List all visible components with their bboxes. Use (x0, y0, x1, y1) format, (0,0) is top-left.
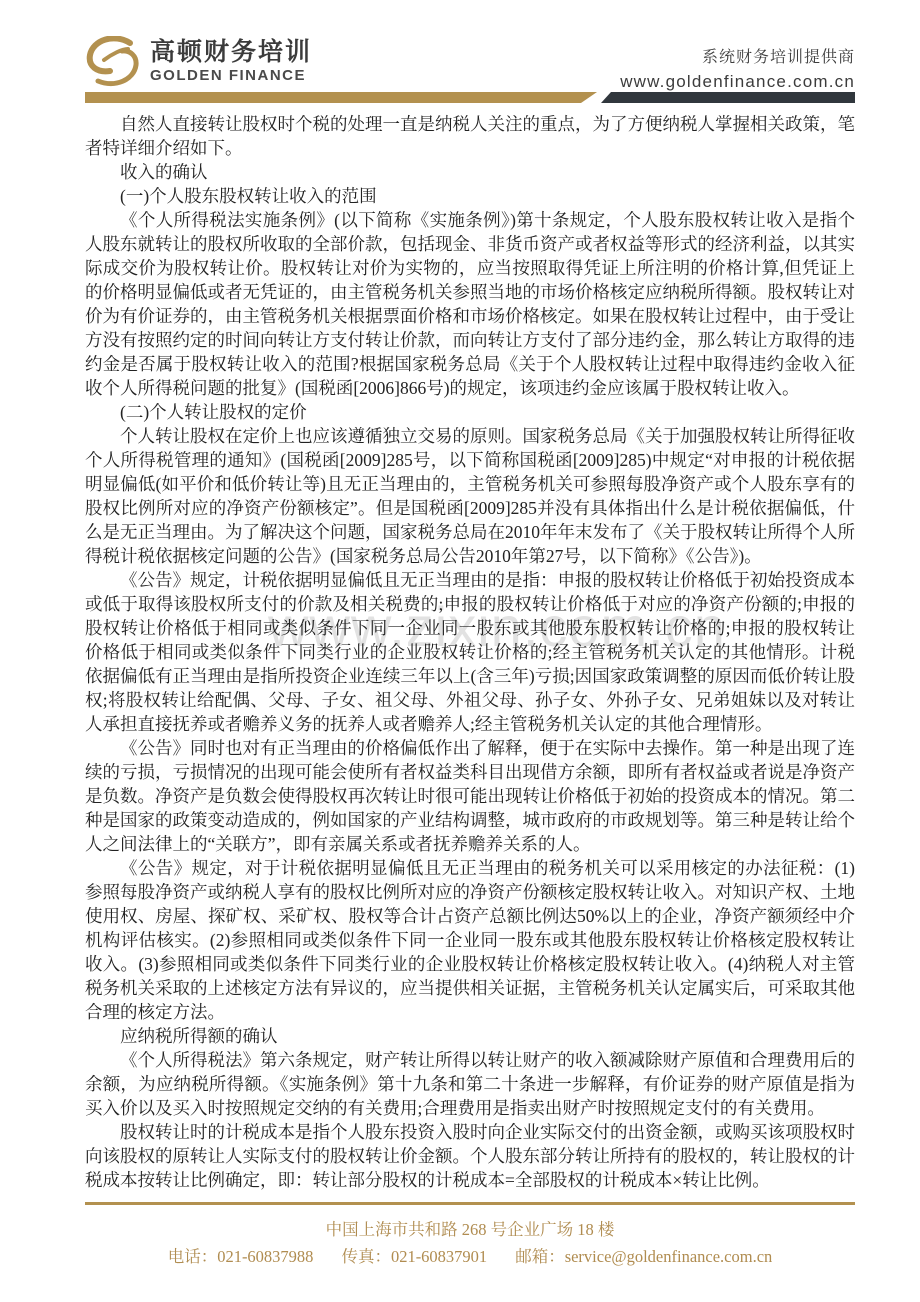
fax-label: 传真： (341, 1247, 391, 1266)
phone-label: 电话： (168, 1247, 218, 1266)
paragraph-pricing: 个人转让股权在定价上也应该遵循独立交易的原则。国家税务总局《关于加强股权转让所得… (85, 424, 855, 568)
brand-name-english: GOLDEN FINANCE (150, 67, 312, 85)
footer-divider (85, 1202, 855, 1205)
golden-swirl-logo-icon (84, 36, 144, 88)
phone-number: 021-60837988 (217, 1247, 313, 1266)
footer-address: 中国上海市共和路 268 号企业广场 18 楼 (85, 1216, 855, 1240)
document-body: 自然人直接转让股权时个税的处理一直是纳税人关注的重点，为了方便纳税人掌握相关政策… (85, 112, 855, 1194)
header-bar-gold (85, 92, 597, 103)
intro-paragraph: 自然人直接转让股权时个税的处理一直是纳税人关注的重点，为了方便纳税人掌握相关政策… (85, 112, 855, 160)
fax-number: 021-60837901 (391, 1247, 487, 1266)
footer-contact: 电话：021-60837988传真：021-60837901邮箱：service… (85, 1243, 855, 1267)
brand-text: 高顿财务培训 GOLDEN FINANCE (150, 39, 312, 85)
section-heading-taxable: 应纳税所得额的确认 (85, 1024, 855, 1048)
paragraph-assessment: 《公告》规定，对于计税依据明显偏低且无正当理由的税务机关可以采用核定的办法征税：… (85, 856, 855, 1024)
paragraph-income-scope: 《个人所得税法实施条例》(以下简称《实施条例》)第十条规定，个人股东股权转让收入… (85, 208, 855, 400)
brand-logo: 高顿财务培训 GOLDEN FINANCE (84, 36, 312, 88)
document-page: 高顿财务培训 GOLDEN FINANCE 系统财务培训提供商 www.gold… (0, 0, 920, 1302)
section-heading-income: 收入的确认 (85, 160, 855, 184)
paragraph-taxable-amount: 《个人所得税法》第六条规定，财产转让所得以转让财产的收入额减除财产原值和合理费用… (85, 1048, 855, 1120)
paragraph-tax-cost: 股权转让时的计税成本是指个人股东投资入股时向企业实际交付的出资金额，或购买该项股… (85, 1120, 855, 1192)
header-website: www.goldenfinance.com.cn (620, 72, 855, 92)
paragraph-low-price-rules: 《公告》规定，计税依据明显偏低且无正当理由的是指：申报的股权转让价格低于初始投资… (85, 568, 855, 736)
subheading-income-scope: (一)个人股东股权转让收入的范围 (85, 184, 855, 208)
brand-name-chinese: 高顿财务培训 (150, 39, 312, 67)
email-address: service@goldenfinance.com.cn (565, 1247, 773, 1266)
subheading-pricing: (二)个人转让股权的定价 (85, 400, 855, 424)
paragraph-justified-low: 《公告》同时也对有正当理由的价格偏低作出了解释，便于在实际中去操作。第一种是出现… (85, 736, 855, 856)
header-tagline: 系统财务培训提供商 (620, 44, 855, 67)
header-right: 系统财务培训提供商 www.goldenfinance.com.cn (620, 44, 855, 92)
email-label: 邮箱： (515, 1247, 565, 1266)
header-bar-dark (601, 92, 855, 103)
